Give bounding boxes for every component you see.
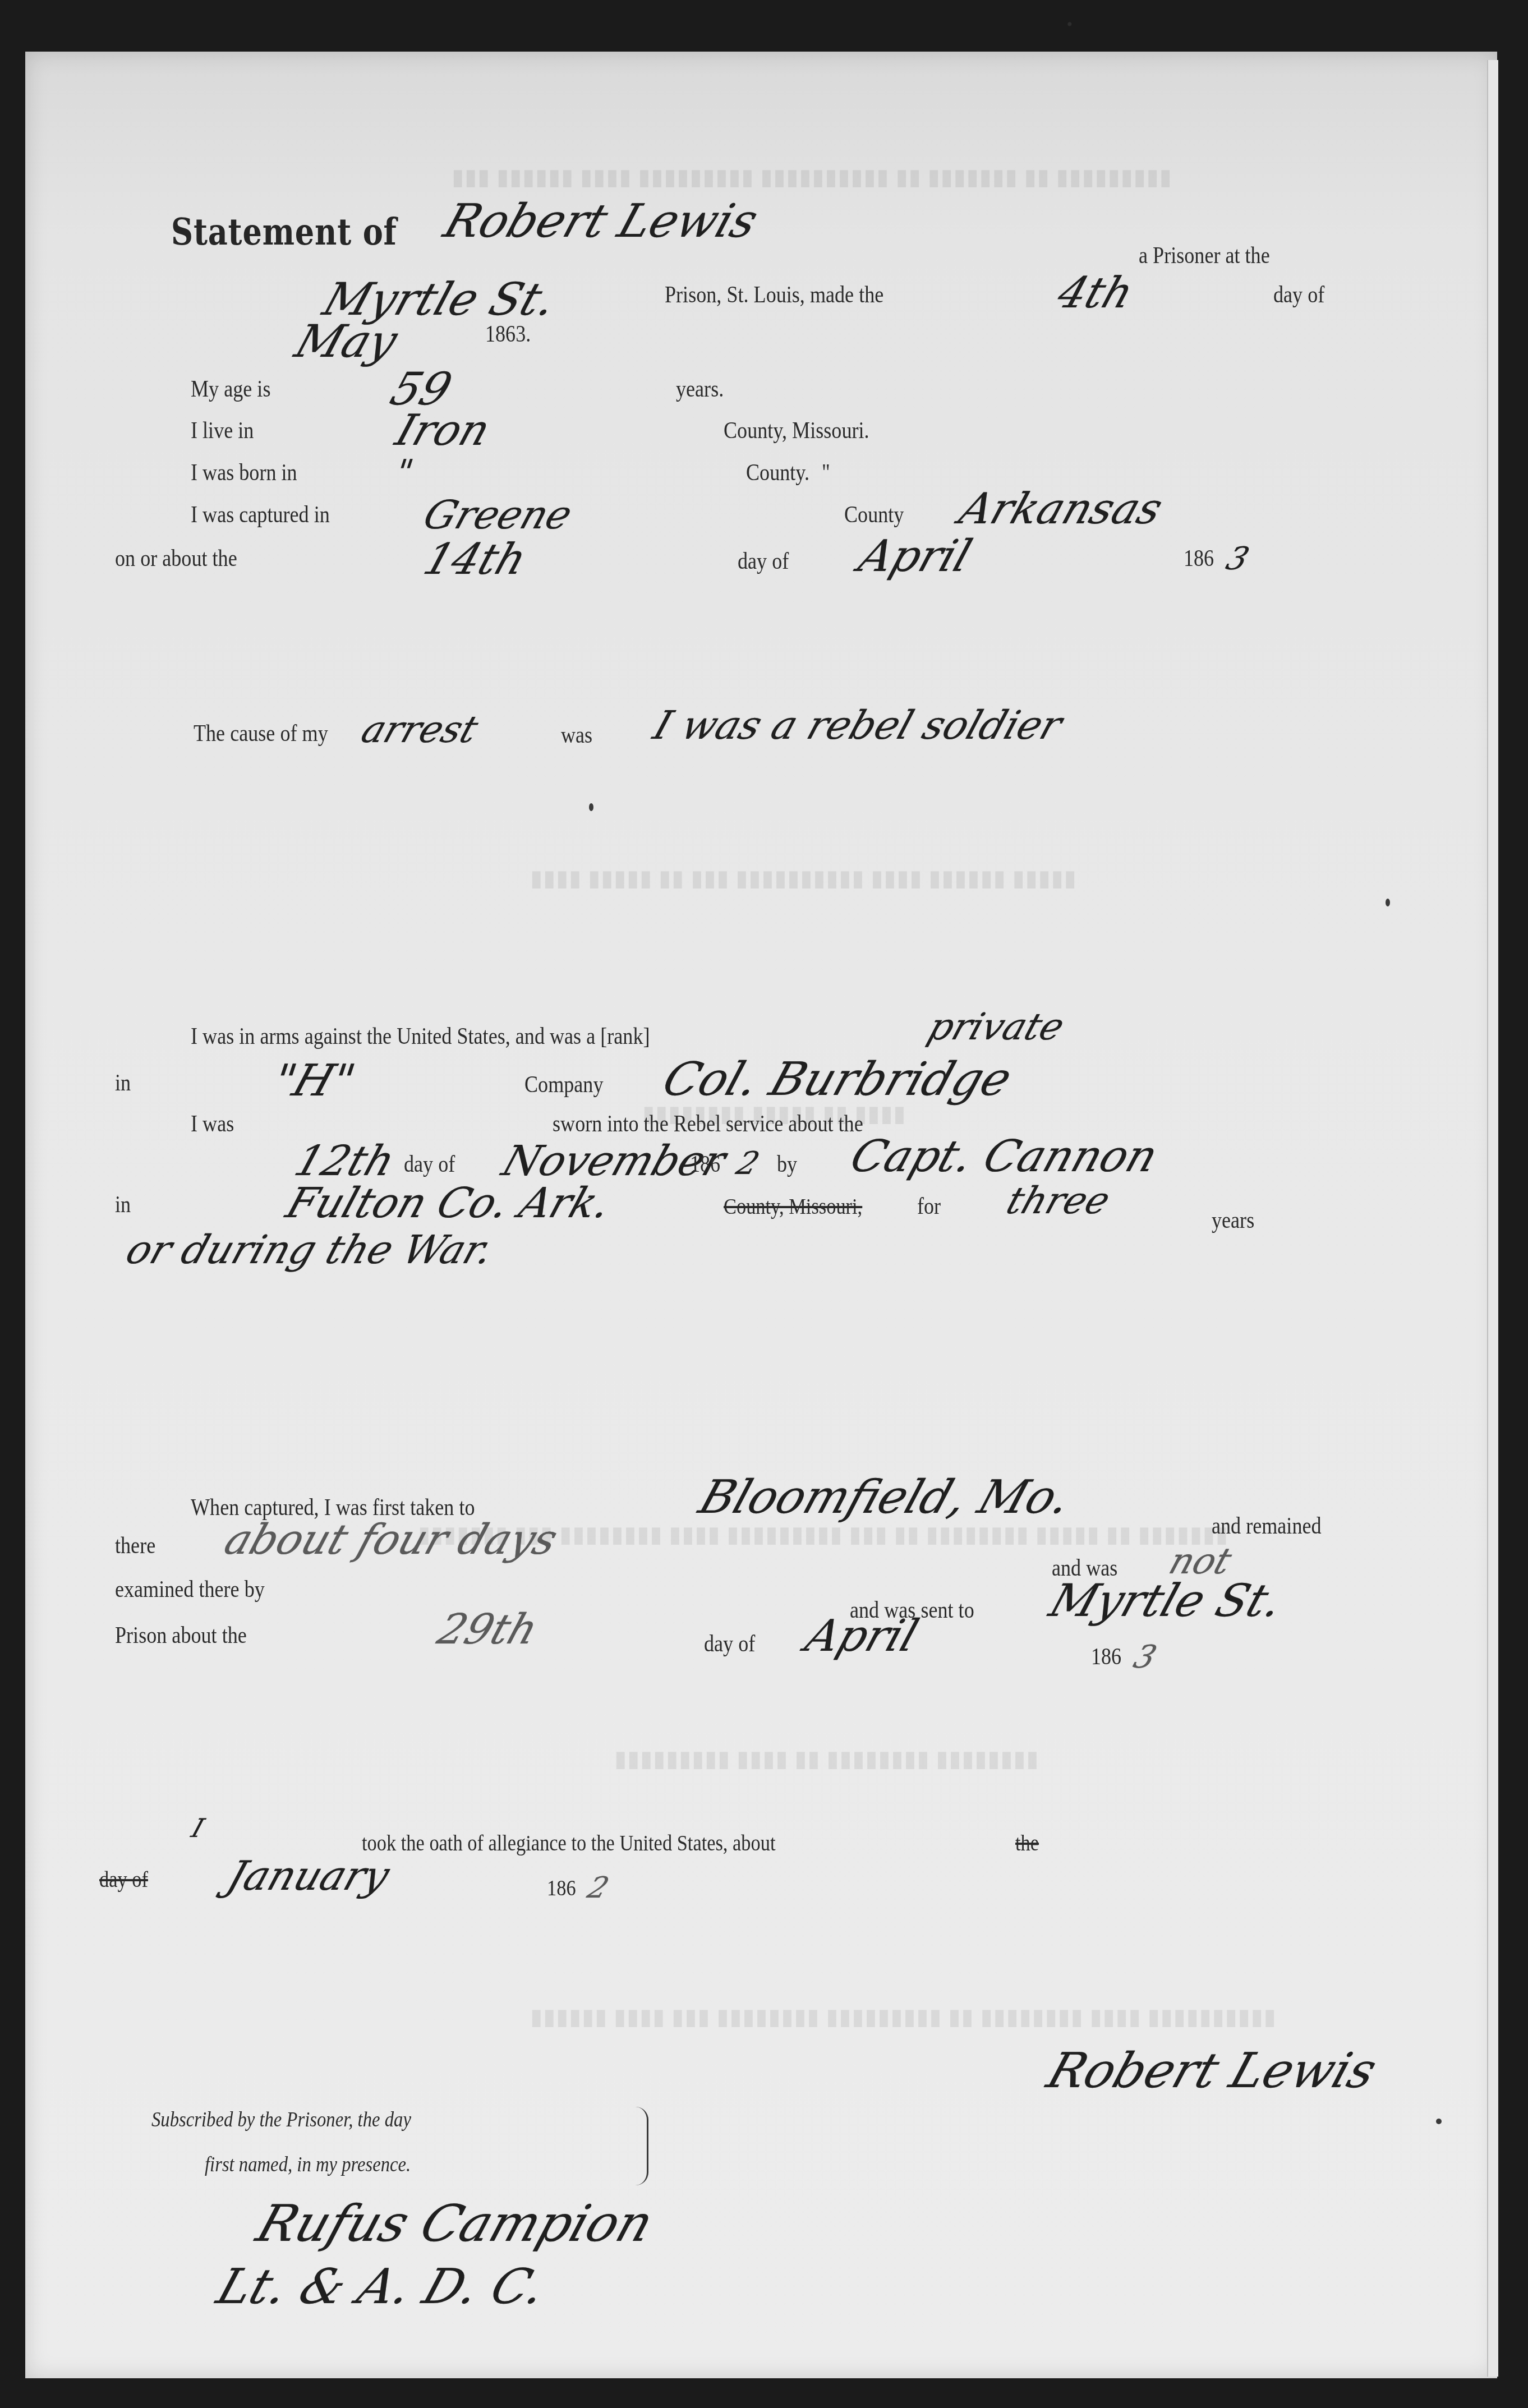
cause-label: The cause of my xyxy=(194,720,328,747)
statement-month-field: May xyxy=(289,315,404,367)
sworn-place-field: Fulton Co. Ark. xyxy=(280,1179,617,1227)
subscribed-line-2: first named, in my presence. xyxy=(205,2152,411,2177)
oath-day-of-struck: day of xyxy=(99,1866,148,1893)
oath-month-field: January xyxy=(222,1852,395,1899)
prisoner-at-label: a Prisoner at the xyxy=(1139,242,1270,269)
oath-year-prefix: 186 xyxy=(547,1875,576,1901)
live-label: I live in xyxy=(191,417,254,444)
remained-duration-field: about four days xyxy=(219,1516,564,1564)
sent-month-field: April xyxy=(799,1611,924,1661)
for-label: for xyxy=(917,1193,941,1220)
oath-label: took the oath of allegiance to the Unite… xyxy=(362,1830,775,1856)
bleed-through-text: ▮▮▮ ▮▮▮▮▮▮ ▮▮▮▮ ▮▮▮▮▮▮▮▮▮ ▮▮▮▮▮▮▮▮▮▮ ▮▮ … xyxy=(452,164,1172,190)
captured-day-field: 14th xyxy=(418,534,533,584)
company-label: Company xyxy=(524,1071,603,1098)
company-field: "H" xyxy=(266,1056,361,1106)
county-missouri-struck: County, Missouri, xyxy=(724,1193,862,1219)
bleed-through-text: ▮▮▮▮▮▮▮▮▮ ▮▮▮▮ ▮▮ ▮▮▮▮▮▮▮▮ ▮▮▮▮▮▮▮▮ xyxy=(614,1746,1039,1772)
i-was-label: I was xyxy=(191,1111,234,1138)
scan-speck xyxy=(589,803,593,811)
prisoner-name-field: Robert Lewis xyxy=(438,195,765,248)
prison-city-label: Prison, St. Louis, made the xyxy=(665,282,883,309)
sworn-day-field: 12th xyxy=(289,1137,401,1185)
scan-speck xyxy=(1436,2119,1442,2124)
ditto-mark: " xyxy=(822,459,830,486)
captured-month-field: April xyxy=(853,531,978,582)
cause-word-field: arrest xyxy=(356,708,484,751)
oath-year-digit-field: 2 xyxy=(583,1871,613,1905)
term-continuation-field: or during the War. xyxy=(121,1227,499,1273)
years-label-2: years xyxy=(1212,1207,1254,1234)
born-label: I was born in xyxy=(191,459,297,486)
sworn-label: sworn into the Rebel service about the xyxy=(553,1111,863,1138)
in-label-2: in xyxy=(115,1191,131,1218)
in-label: in xyxy=(115,1070,131,1097)
first-taken-field: Bloomfield, Mo. xyxy=(693,1471,1078,1524)
term-field: three xyxy=(1001,1179,1116,1222)
bleed-through-text: ▮▮▮▮ ▮▮▮▮▮ ▮▮ ▮▮▮ ▮▮▮▮▮▮▮▮▮▮ ▮▮▮▮ ▮▮▮▮▮▮… xyxy=(530,865,1076,891)
subscribed-brace xyxy=(636,2107,648,2185)
by-label: by xyxy=(777,1151,797,1178)
sent-to-field: Myrtle St. xyxy=(1043,1574,1289,1627)
sent-year-digit-field: 3 xyxy=(1129,1639,1161,1675)
examined-label: examined there by xyxy=(115,1576,265,1603)
captured-label: I was captured in xyxy=(191,501,330,528)
captured-county-label: County xyxy=(844,501,904,528)
there-label: there xyxy=(115,1532,155,1559)
arms-label: I was in arms against the United States,… xyxy=(191,1023,650,1050)
residence-county-field: Iron xyxy=(390,405,496,455)
document-page: ▮▮▮ ▮▮▮▮▮▮ ▮▮▮▮ ▮▮▮▮▮▮▮▮▮ ▮▮▮▮▮▮▮▮▮▮ ▮▮ … xyxy=(25,52,1497,2378)
captured-state-field: Arkansas xyxy=(954,484,1169,533)
sworn-year-digit-field: 2 xyxy=(732,1145,764,1182)
day-of-label: day of xyxy=(1273,282,1324,309)
subscribed-line-1: Subscribed by the Prisoner, the day xyxy=(151,2107,411,2132)
regiment-field: Col. Burbridge xyxy=(656,1053,1018,1106)
rank-field: private xyxy=(923,1005,1070,1048)
age-label: My age is xyxy=(191,376,270,403)
captured-county-field: Greene xyxy=(418,492,578,538)
years-label: years. xyxy=(676,376,724,403)
sworn-year-prefix: 186 xyxy=(690,1151,720,1178)
statement-year: 1863. xyxy=(485,321,531,348)
on-or-about-label: on or about the xyxy=(115,545,237,572)
county-missouri-label: County, Missouri. xyxy=(724,417,869,444)
sent-day-of-label: day of xyxy=(704,1631,755,1657)
scan-speck xyxy=(1386,899,1390,906)
statement-day-field: 4th xyxy=(1052,268,1140,317)
page-fold-edge xyxy=(1487,60,1498,2377)
captured-day-of-label: day of xyxy=(738,548,789,575)
oath-mark: I xyxy=(188,1813,208,1843)
witness-title: Lt. & A. D. C. xyxy=(210,2259,553,2315)
oath-the-struck: the xyxy=(1015,1830,1039,1856)
bleed-through-text: ▮▮▮▮▮▮ ▮▮▮▮ ▮▮▮ ▮▮▮▮▮▮▮▮ ▮▮▮▮▮▮▮▮▮ ▮▮ ▮▮… xyxy=(530,2004,1277,2030)
captured-year-prefix: 186 xyxy=(1184,545,1214,572)
sent-year-prefix: 186 xyxy=(1091,1643,1121,1670)
was-label: was xyxy=(561,722,592,749)
prison-about-label: Prison about the xyxy=(115,1622,247,1649)
witness-signature: Rufus Campion xyxy=(250,2194,660,2253)
form-title: Statement of xyxy=(171,210,397,254)
county-label: County. xyxy=(746,459,809,486)
captured-year-digit-field: 3 xyxy=(1222,541,1254,577)
remained-label: and remained xyxy=(1212,1513,1322,1540)
sworn-day-of-label: day of xyxy=(404,1151,455,1178)
prisoner-signature: Robert Lewis xyxy=(1041,2043,1383,2099)
cause-field: I was a rebel soldier xyxy=(648,702,1068,748)
sworn-by-field: Capt. Cannon xyxy=(844,1131,1164,1182)
birth-county-field: " xyxy=(390,453,418,492)
sent-day-field: 29th xyxy=(432,1605,544,1654)
